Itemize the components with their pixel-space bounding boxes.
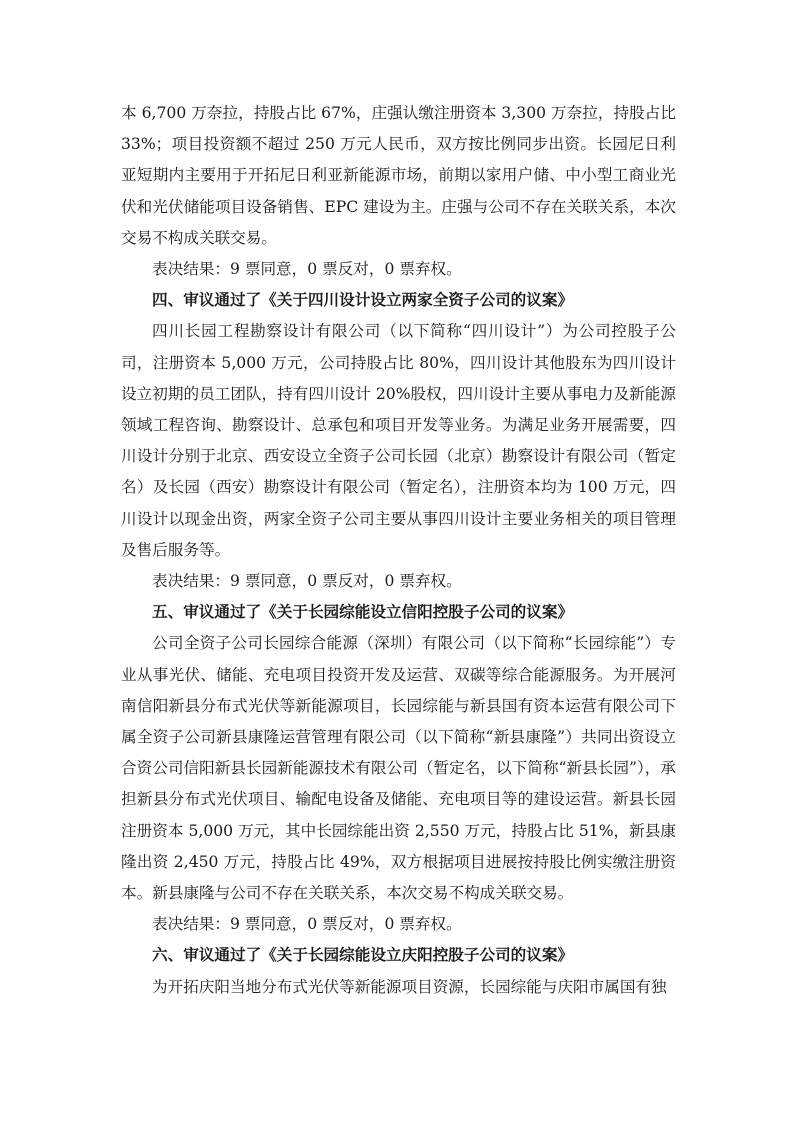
section-heading-5: 五、审议通过了《关于长园综能设立信阳控股子公司的议案》: [121, 597, 676, 628]
paragraph-nigeria-subsidiary: 本 6,700 万奈拉，持股占比 67%，庄强认缴注册资本 3,300 万奈拉，…: [121, 98, 676, 254]
vote-result: 表决结果：9 票同意，0 票反对，0 票弃权。: [121, 254, 676, 285]
section-heading-6: 六、审议通过了《关于长园综能设立庆阳控股子公司的议案》: [121, 940, 676, 971]
paragraph-qingyang-subsidiary: 为开拓庆阳当地分布式光伏等新能源项目资源，长园综能与庆阳市属国有独: [121, 972, 676, 1003]
vote-result: 表决结果：9 票同意，0 票反对，0 票弃权。: [121, 909, 676, 940]
paragraph-sichuan-design: 四川长园工程勘察设计有限公司（以下简称“四川设计”）为公司控股子公司，注册资本 …: [121, 316, 676, 566]
paragraph-xinyang-subsidiary: 公司全资子公司长园综合能源（深圳）有限公司（以下简称“长园综能”）专业从事光伏、…: [121, 628, 676, 909]
section-heading-4: 四、审议通过了《关于四川设计设立两家全资子公司的议案》: [121, 285, 676, 316]
document-page: 本 6,700 万奈拉，持股占比 67%，庄强认缴注册资本 3,300 万奈拉，…: [121, 98, 676, 1003]
vote-result: 表决结果：9 票同意，0 票反对，0 票弃权。: [121, 566, 676, 597]
